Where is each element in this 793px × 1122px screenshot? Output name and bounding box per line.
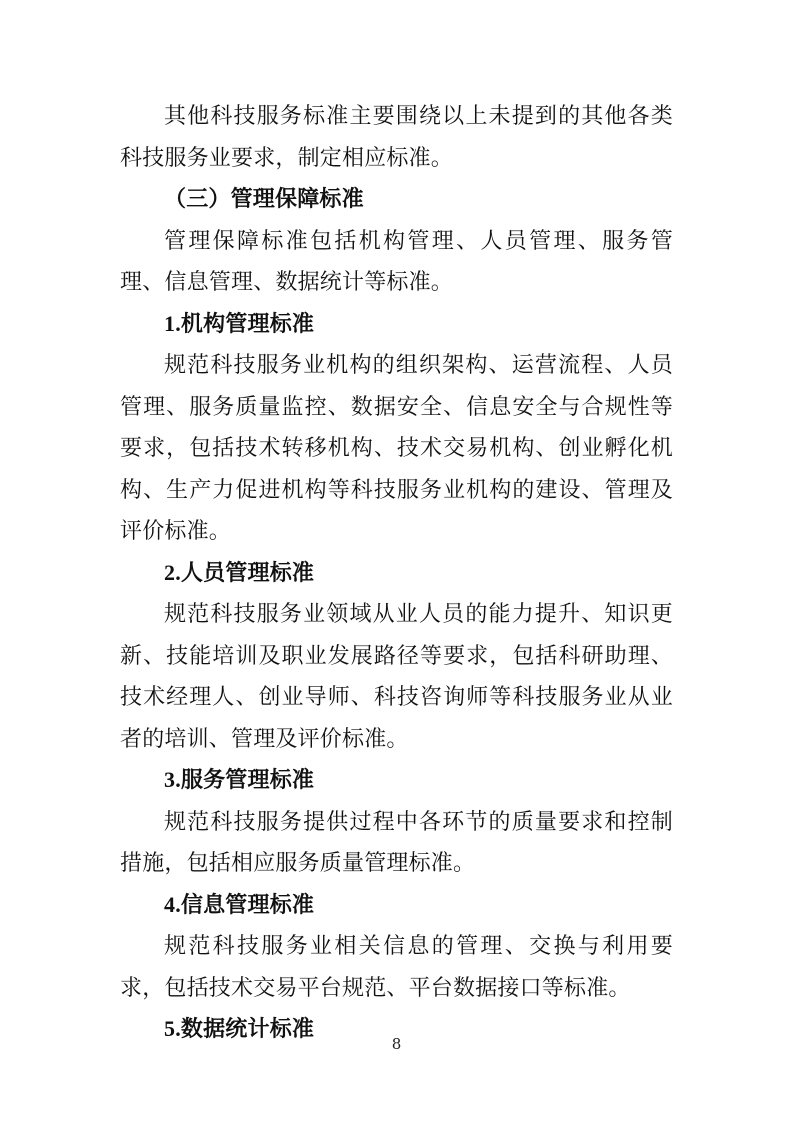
- body-paragraph: 其他科技服务标准主要围绕以上未提到的其他各类科技服务业要求，制定相应标准。: [120, 95, 673, 178]
- body-paragraph: 管理保障标准包括机构管理、人员管理、服务管理、信息管理、数据统计等标准。: [120, 220, 673, 303]
- body-paragraph: 规范科技服务业机构的组织架构、运营流程、人员管理、服务质量监控、数据安全、信息安…: [120, 344, 673, 552]
- document-page: 其他科技服务标准主要围绕以上未提到的其他各类科技服务业要求，制定相应标准。 （三…: [0, 0, 793, 1122]
- document-body: 其他科技服务标准主要围绕以上未提到的其他各类科技服务业要求，制定相应标准。 （三…: [120, 95, 673, 1050]
- numbered-heading: 4.信息管理标准: [120, 884, 673, 926]
- numbered-heading: 3.服务管理标准: [120, 759, 673, 801]
- body-paragraph: 规范科技服务业领域从业人员的能力提升、知识更新、技能培训及职业发展路径等要求，包…: [120, 593, 673, 759]
- numbered-heading: 1.机构管理标准: [120, 303, 673, 345]
- body-paragraph: 规范科技服务提供过程中各环节的质量要求和控制措施，包括相应服务质量管理标准。: [120, 801, 673, 884]
- numbered-heading: 2.人员管理标准: [120, 552, 673, 594]
- page-number: 8: [0, 1035, 793, 1053]
- body-paragraph: 规范科技服务业相关信息的管理、交换与利用要求，包括技术交易平台规范、平台数据接口…: [120, 925, 673, 1008]
- section-heading: （三）管理保障标准: [120, 178, 673, 220]
